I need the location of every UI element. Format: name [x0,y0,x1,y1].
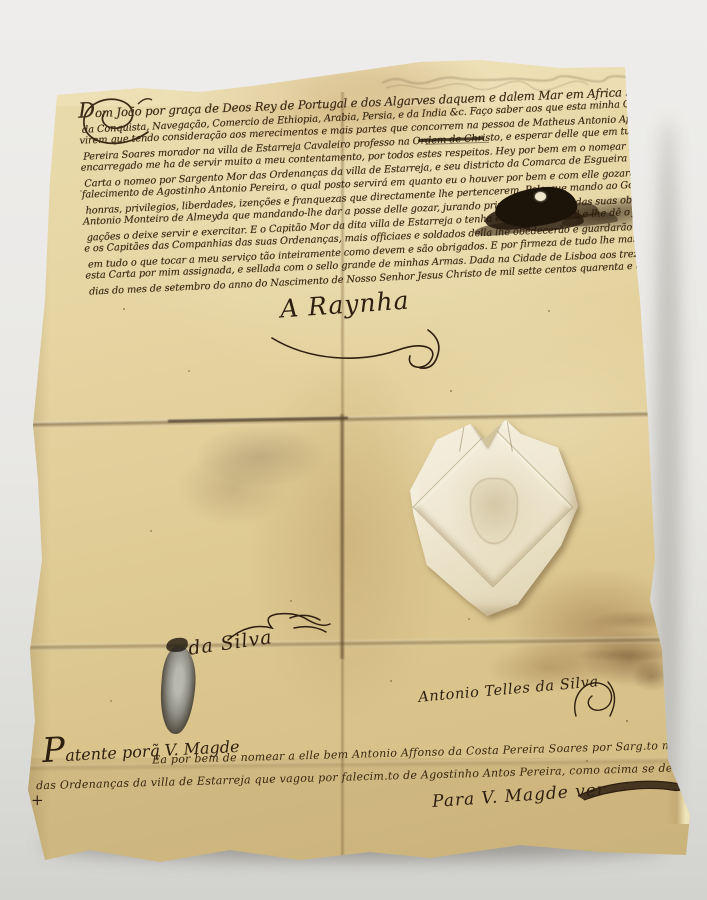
fold-crease-dirt [168,416,348,422]
damage-blot-ink-top [165,636,189,654]
royal-signature: A Raynha [279,286,410,324]
horizontal-fold-crease-2 [22,636,696,651]
left-signature-rubric [224,610,334,650]
cross-mark: + [31,791,44,809]
royal-signature-flourish [268,320,478,376]
countersignature-flourish [568,676,628,722]
photograph: Dom João por graça de Deos Rey de Portug… [0,0,707,900]
foxing-specks [28,58,30,60]
seal-top-fold-flap [468,418,504,448]
main-text-block: Dom João por graça de Deos Rey de Portug… [78,81,648,297]
vertical-fold-crease-dark [339,414,345,659]
wafer-seal [410,420,578,616]
presentation-flourish [576,774,688,804]
manuscript-paper: Dom João por graça de Deos Rey de Portug… [28,58,690,864]
wafer-seal-paper [410,420,578,616]
horizontal-fold-crease-1 [22,410,696,429]
